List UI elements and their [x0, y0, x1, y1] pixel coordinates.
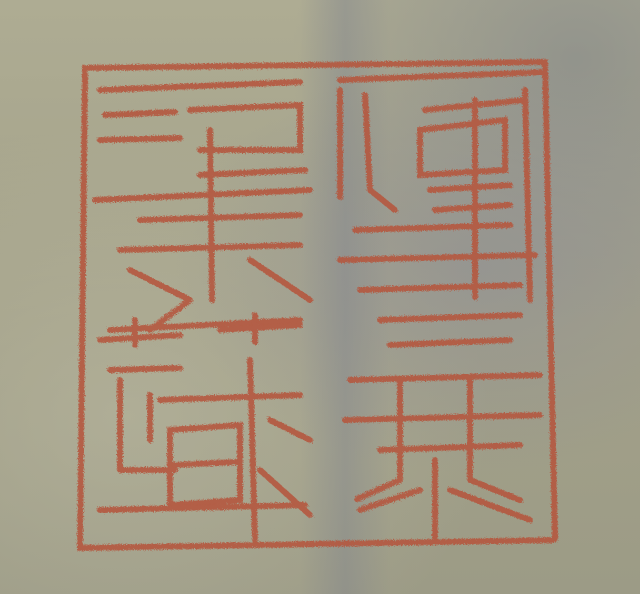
seal-border: [80, 62, 555, 548]
seal-char-left-top: [95, 82, 310, 330]
photo-scene: [0, 0, 640, 594]
seal-char-right-top: [340, 72, 545, 300]
seal-char-left-bottom: [100, 315, 310, 540]
seal-impression: [0, 0, 640, 594]
seal-char-right-bottom: [340, 255, 540, 540]
